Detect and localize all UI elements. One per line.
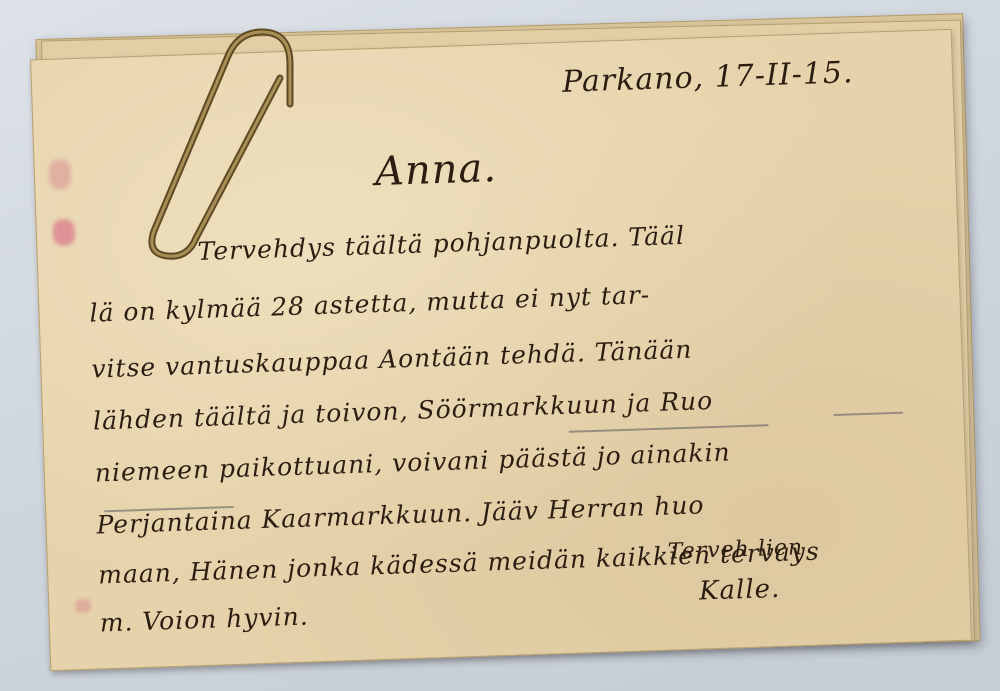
signature: Kalle. bbox=[699, 574, 781, 607]
closing: Terveh lien bbox=[667, 535, 803, 564]
ink-stain bbox=[52, 219, 75, 246]
body-line: vitse vantuskauppaa Aontään tehdä. Tänää… bbox=[91, 335, 693, 384]
salutation: Anna. bbox=[374, 145, 497, 195]
body-line: m. Voion hyvin. bbox=[99, 602, 309, 638]
pencil-underline bbox=[569, 424, 769, 433]
body-line: Perjantaina Kaarmarkkuun. Jääv Herran hu… bbox=[96, 490, 705, 539]
body-line: niemeen paikottuani, voivani päästä jo a… bbox=[94, 437, 731, 487]
photo-scene: Parkano, 17-II-15. Anna. Tervehdys täält… bbox=[0, 0, 1000, 691]
pencil-underline bbox=[833, 412, 903, 416]
paperclip-icon bbox=[140, 26, 315, 261]
place-date: Parkano, 17-II-15. bbox=[562, 55, 854, 100]
ink-stain bbox=[75, 599, 91, 614]
ink-stain bbox=[48, 159, 71, 190]
body-line: lä on kylmää 28 astetta, mutta ei nyt ta… bbox=[89, 280, 651, 328]
